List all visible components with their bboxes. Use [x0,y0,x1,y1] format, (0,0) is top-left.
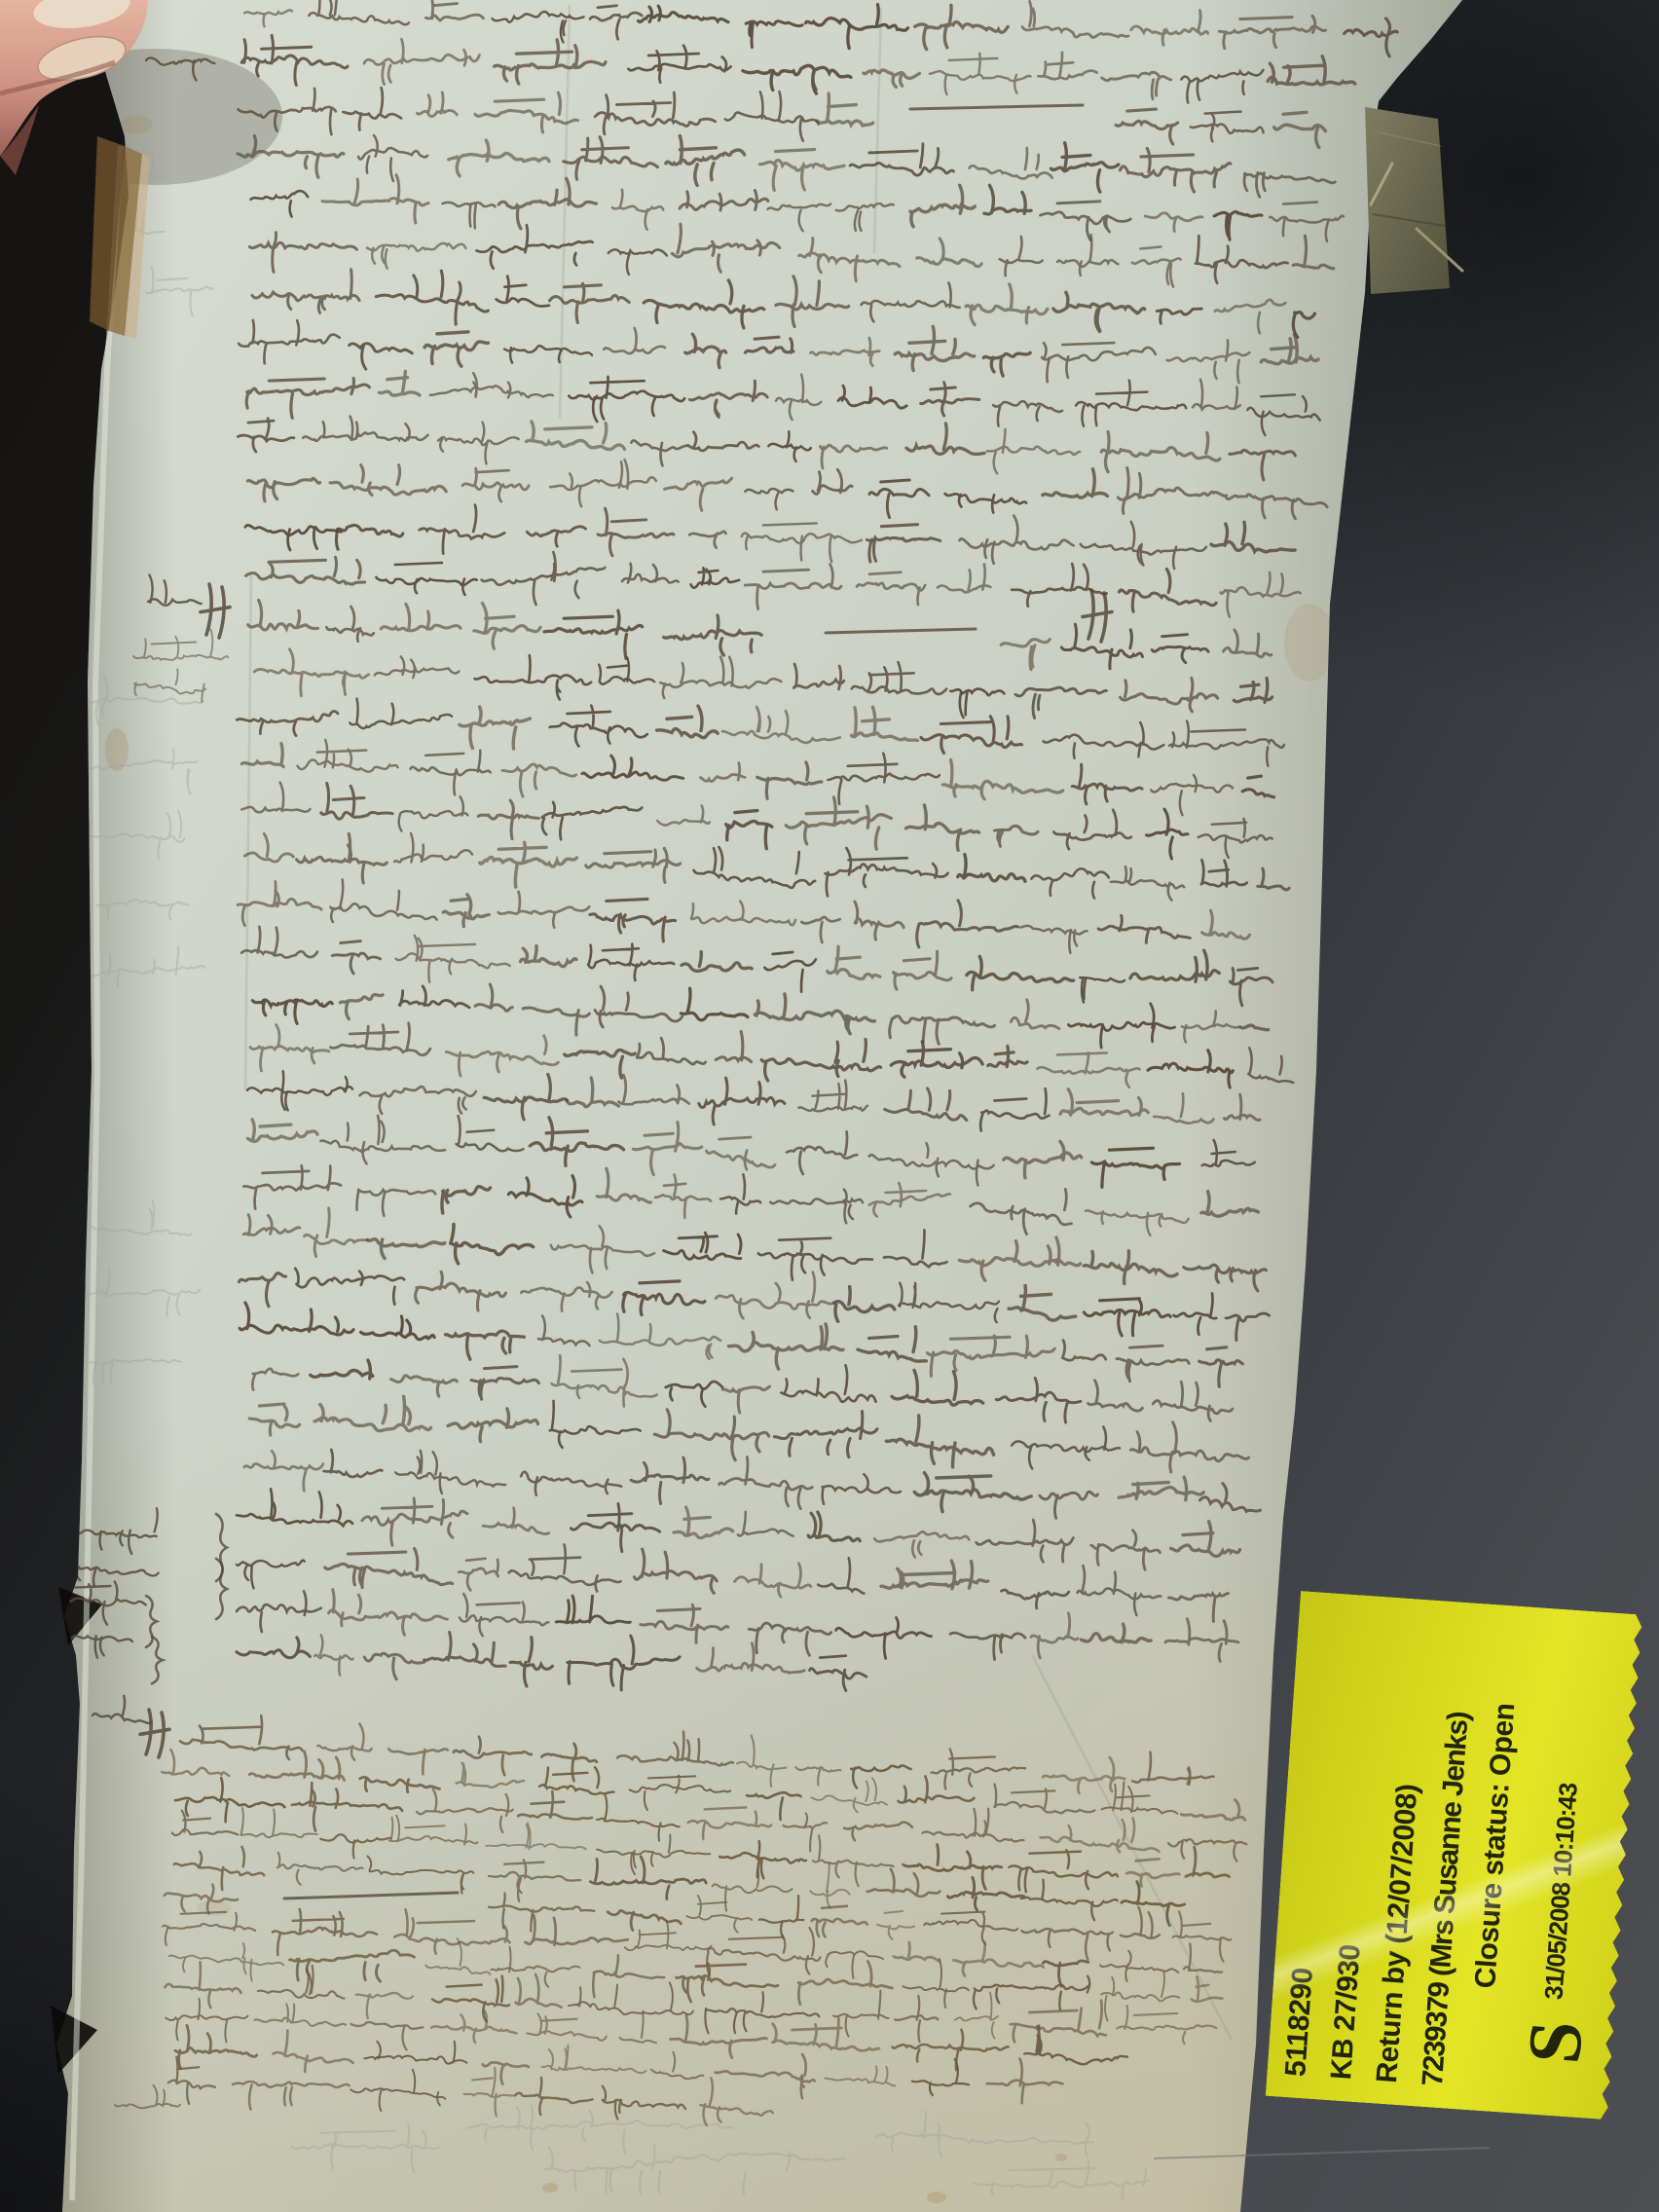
label-timestamp: 31/05/2008 10:10:43 [1538,1783,1583,2001]
vellum-tab [1365,107,1462,294]
manuscript-photo-scene: 5118290 KB 27/930 Return by (12/07/2008)… [0,0,1659,2212]
holding-fingers [0,0,150,339]
archive-request-slip: 5118290 KB 27/930 Return by (12/07/2008)… [1266,1591,1642,2120]
label-series-mark: S [1516,2018,1595,2066]
archive-slip-text: 5118290 KB 27/930 Return by (12/07/2008)… [1266,1591,1642,2120]
